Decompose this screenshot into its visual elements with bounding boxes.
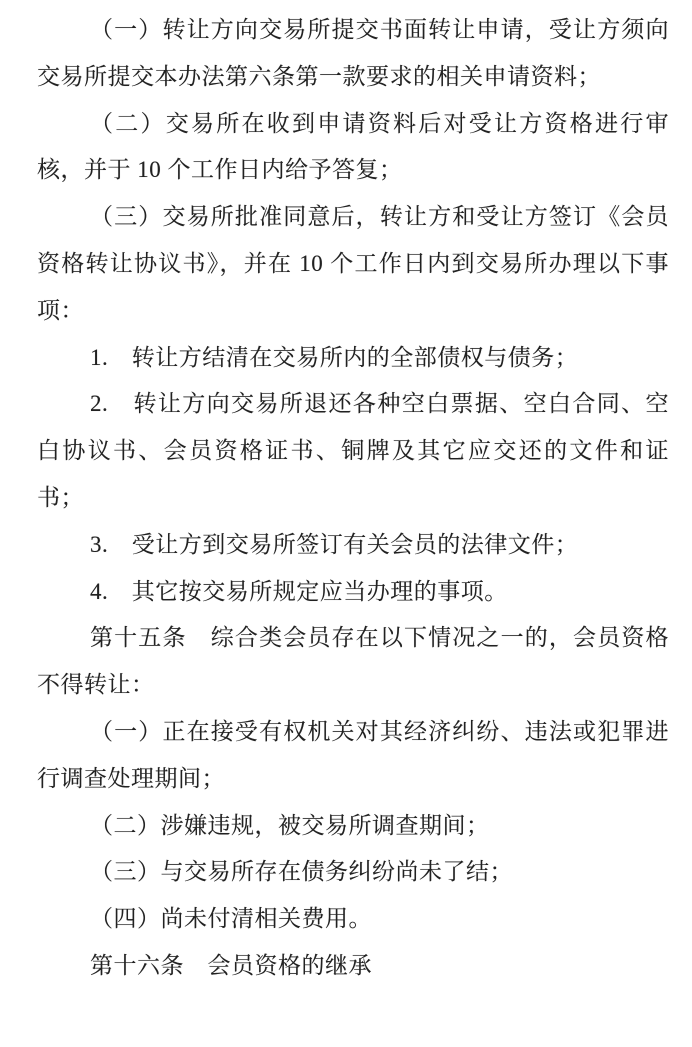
paragraph-item-2: （二）交易所在收到申请资料后对受让方资格进行审核，并于 10 个工作日内给予答复… <box>37 101 669 195</box>
article-15-item-1: （一）正在接受有权机关对其经济纠纷、违法或犯罪进行调查处理期间； <box>37 709 669 803</box>
paragraph-item-1: （一）转让方向交易所提交书面转让申请，受让方须向交易所提交本办法第六条第一款要求… <box>37 7 669 101</box>
list-item-1: 1. 转让方结清在交易所内的全部债权与债务； <box>37 335 669 382</box>
article-16-heading: 第十六条 会员资格的继承 <box>37 943 669 990</box>
article-15-item-2: （二）涉嫌违规，被交易所调查期间； <box>37 803 669 850</box>
article-15-heading: 第十五条 综合类会员存在以下情况之一的，会员资格不得转让： <box>37 615 669 709</box>
article-15-item-3: （三）与交易所存在债务纠纷尚未了结； <box>37 849 669 896</box>
paragraph-item-3: （三）交易所批准同意后，转让方和受让方签订《会员资格转让协议书》，并在 10 个… <box>37 194 669 334</box>
article-15-item-4: （四）尚未付清相关费用。 <box>37 896 669 943</box>
list-item-2: 2. 转让方向交易所退还各种空白票据、空白合同、空白协议书、会员资格证书、铜牌及… <box>37 381 669 521</box>
list-item-4: 4. 其它按交易所规定应当办理的事项。 <box>37 569 669 616</box>
document-page: （一）转让方向交易所提交书面转让申请，受让方须向交易所提交本办法第六条第一款要求… <box>0 0 692 1047</box>
list-item-3: 3. 受让方到交易所签订有关会员的法律文件； <box>37 522 669 569</box>
